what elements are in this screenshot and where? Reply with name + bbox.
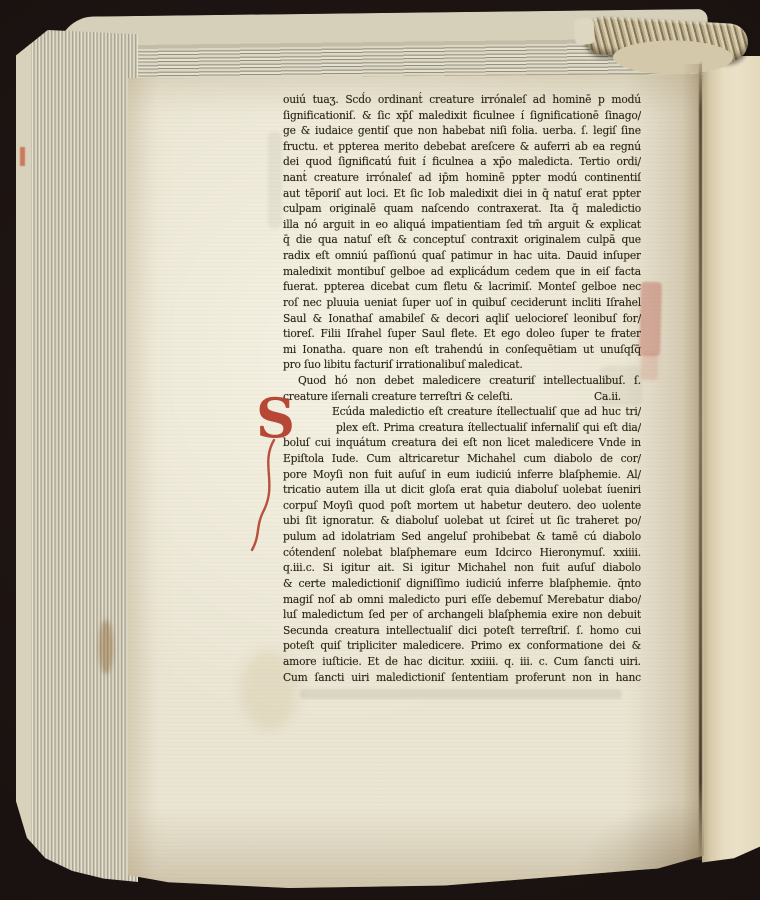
text-line-1: ouiútuaʒ.Scd́oordinant́creatureirrónaleſ… [283, 92, 641, 108]
book-photograph: ouiútuaʒ.Scd́oordinant́creatureirrónaleſ… [0, 0, 760, 900]
text-line-25: poreMoyſinonfuitauſuſineumiudiciúinferre… [283, 467, 641, 483]
text-line-13: fuerat.pptereadicebatcumfletu&lacrimiſ.M… [283, 279, 641, 295]
text-line-27: corpuſMoyſiquodpoſtmortemuthabeturdeuter… [283, 498, 641, 514]
text-line-19: ¶Quodhónondebetmaledicerecreaturiſintell… [283, 373, 641, 389]
text-line-3: ge&iudaicegentiſquenonhabebatniſifolia.u… [283, 123, 641, 139]
text-line-7: auttēporiſautloci.EtſicIobmaledixitdieii… [283, 186, 641, 202]
text-line-16: tioreſ.FiliiIſrahelſuperSaulflete.Etegod… [283, 326, 641, 342]
text-line-17: miIonatha.quarenoneſttrahendúinconſequēt… [283, 342, 641, 358]
fore-edge-red-mark [20, 147, 25, 166]
text-line-8: culpamoriginalēquamnaſcendocontraxerat.I… [283, 201, 641, 217]
text-line-33: magiſnoſabomnimaledictopurieſſedebemuſMe… [283, 592, 641, 608]
text-line-6: nant́creatureirrónaleſadip̄mhominēppterm… [283, 170, 641, 186]
text-block: ouiútuaʒ.Scd́oordinant́creatureirrónaleſ… [283, 92, 641, 685]
text-line-15: Saul&Ionathaſamabileſ&decoriaqliſuelocio… [283, 311, 641, 327]
text-line-38: Cumſanctiuirimaledictioniſſententiamprof… [283, 670, 641, 686]
text-line-34: luſmaledictumſedperoſarchangeliblaſphemi… [283, 607, 641, 623]
text-line-5: deiquodſignificatúfuitíficulneaaxp̄omale… [283, 154, 641, 170]
red-offset-stain-lower [641, 354, 658, 380]
facing-page [702, 56, 760, 890]
text-line-10: q̄diequanatuſeſt&conceptuſcontraxitorigi… [283, 232, 641, 248]
text-line-36: poteſtquiſtriplicitermaledicere.Primoexc… [283, 638, 641, 654]
text-line-26: tricatioautemillautdicitgloſaeratquiadia… [283, 482, 641, 498]
text-line-2: ſignificationiſ.&ſicxp̄ſmaledixitficulne… [283, 108, 641, 124]
text-line-37: amoreiuſticie.Etdehacdicitur.xxiiii.q.ii… [283, 654, 641, 670]
initial-flourish-tail [252, 440, 274, 550]
ink-bleedthrough-left [268, 132, 282, 228]
text-line-11: radixeſtomniúpaſſionúquaſpatimurinhacuit… [283, 248, 641, 264]
text-line-31: q.iii.c.Siigiturait.SiigiturMichahelnonf… [283, 560, 641, 576]
text-line-22: plexeſt.Primacreaturaítellectualiſinfern… [283, 420, 641, 436]
text-line-4: fructu.etpptereameritodebebatareſcere&au… [283, 139, 641, 155]
text-line-30: cótendenſnolebatblaſphemareeumIdcircoHie… [283, 545, 641, 561]
initial-letter: S [256, 390, 295, 450]
text-line-14: roſnecpluuiaueniatſuperuoſinquibuſcecide… [283, 295, 641, 311]
text-line-24: EpiſtolaIude.CumaltricareturMichahelcumd… [283, 451, 641, 467]
text-line-18: pro ſuo libitu facturiſ irrationalibuſ m… [283, 357, 641, 373]
gutter-fold-line [699, 62, 702, 862]
text-line-12: maledixitmontibuſgelboeadexplicádumcedem… [283, 264, 641, 280]
text-line-23: boluſcuiinquátumcreaturadeieſtnonlicetma… [283, 435, 641, 451]
text-line-32: &certemaledictioniſdigniſſimoiudiciúinfe… [283, 576, 641, 592]
text-line-35: Secundacreaturaintellectualiſdicipoteſtt… [283, 623, 641, 639]
fore-edge-stain [99, 620, 113, 674]
ink-bleedthrough-bottom [300, 689, 622, 699]
text-line-29: pulumadidolatriamSedangeluſprohibebat&ta… [283, 529, 641, 545]
illuminated-initial-S: S [250, 390, 320, 558]
text-line-9: illanóarguitineoaliquáimpatientiamſedtm̄… [283, 217, 641, 233]
red-offset-stain [639, 282, 662, 357]
text-line-20: creature iſernali creature terreſtri & c… [283, 389, 641, 405]
chapter-number: Ca.ii. [594, 389, 621, 405]
page-stack-fore-edges [16, 30, 138, 882]
text-line-21: Ecúdamaledictioeſtcreatureítellectualiſq… [283, 404, 641, 420]
text-line-28: ubiſitignoratur.&diaboluſuolebatutſciret… [283, 513, 641, 529]
